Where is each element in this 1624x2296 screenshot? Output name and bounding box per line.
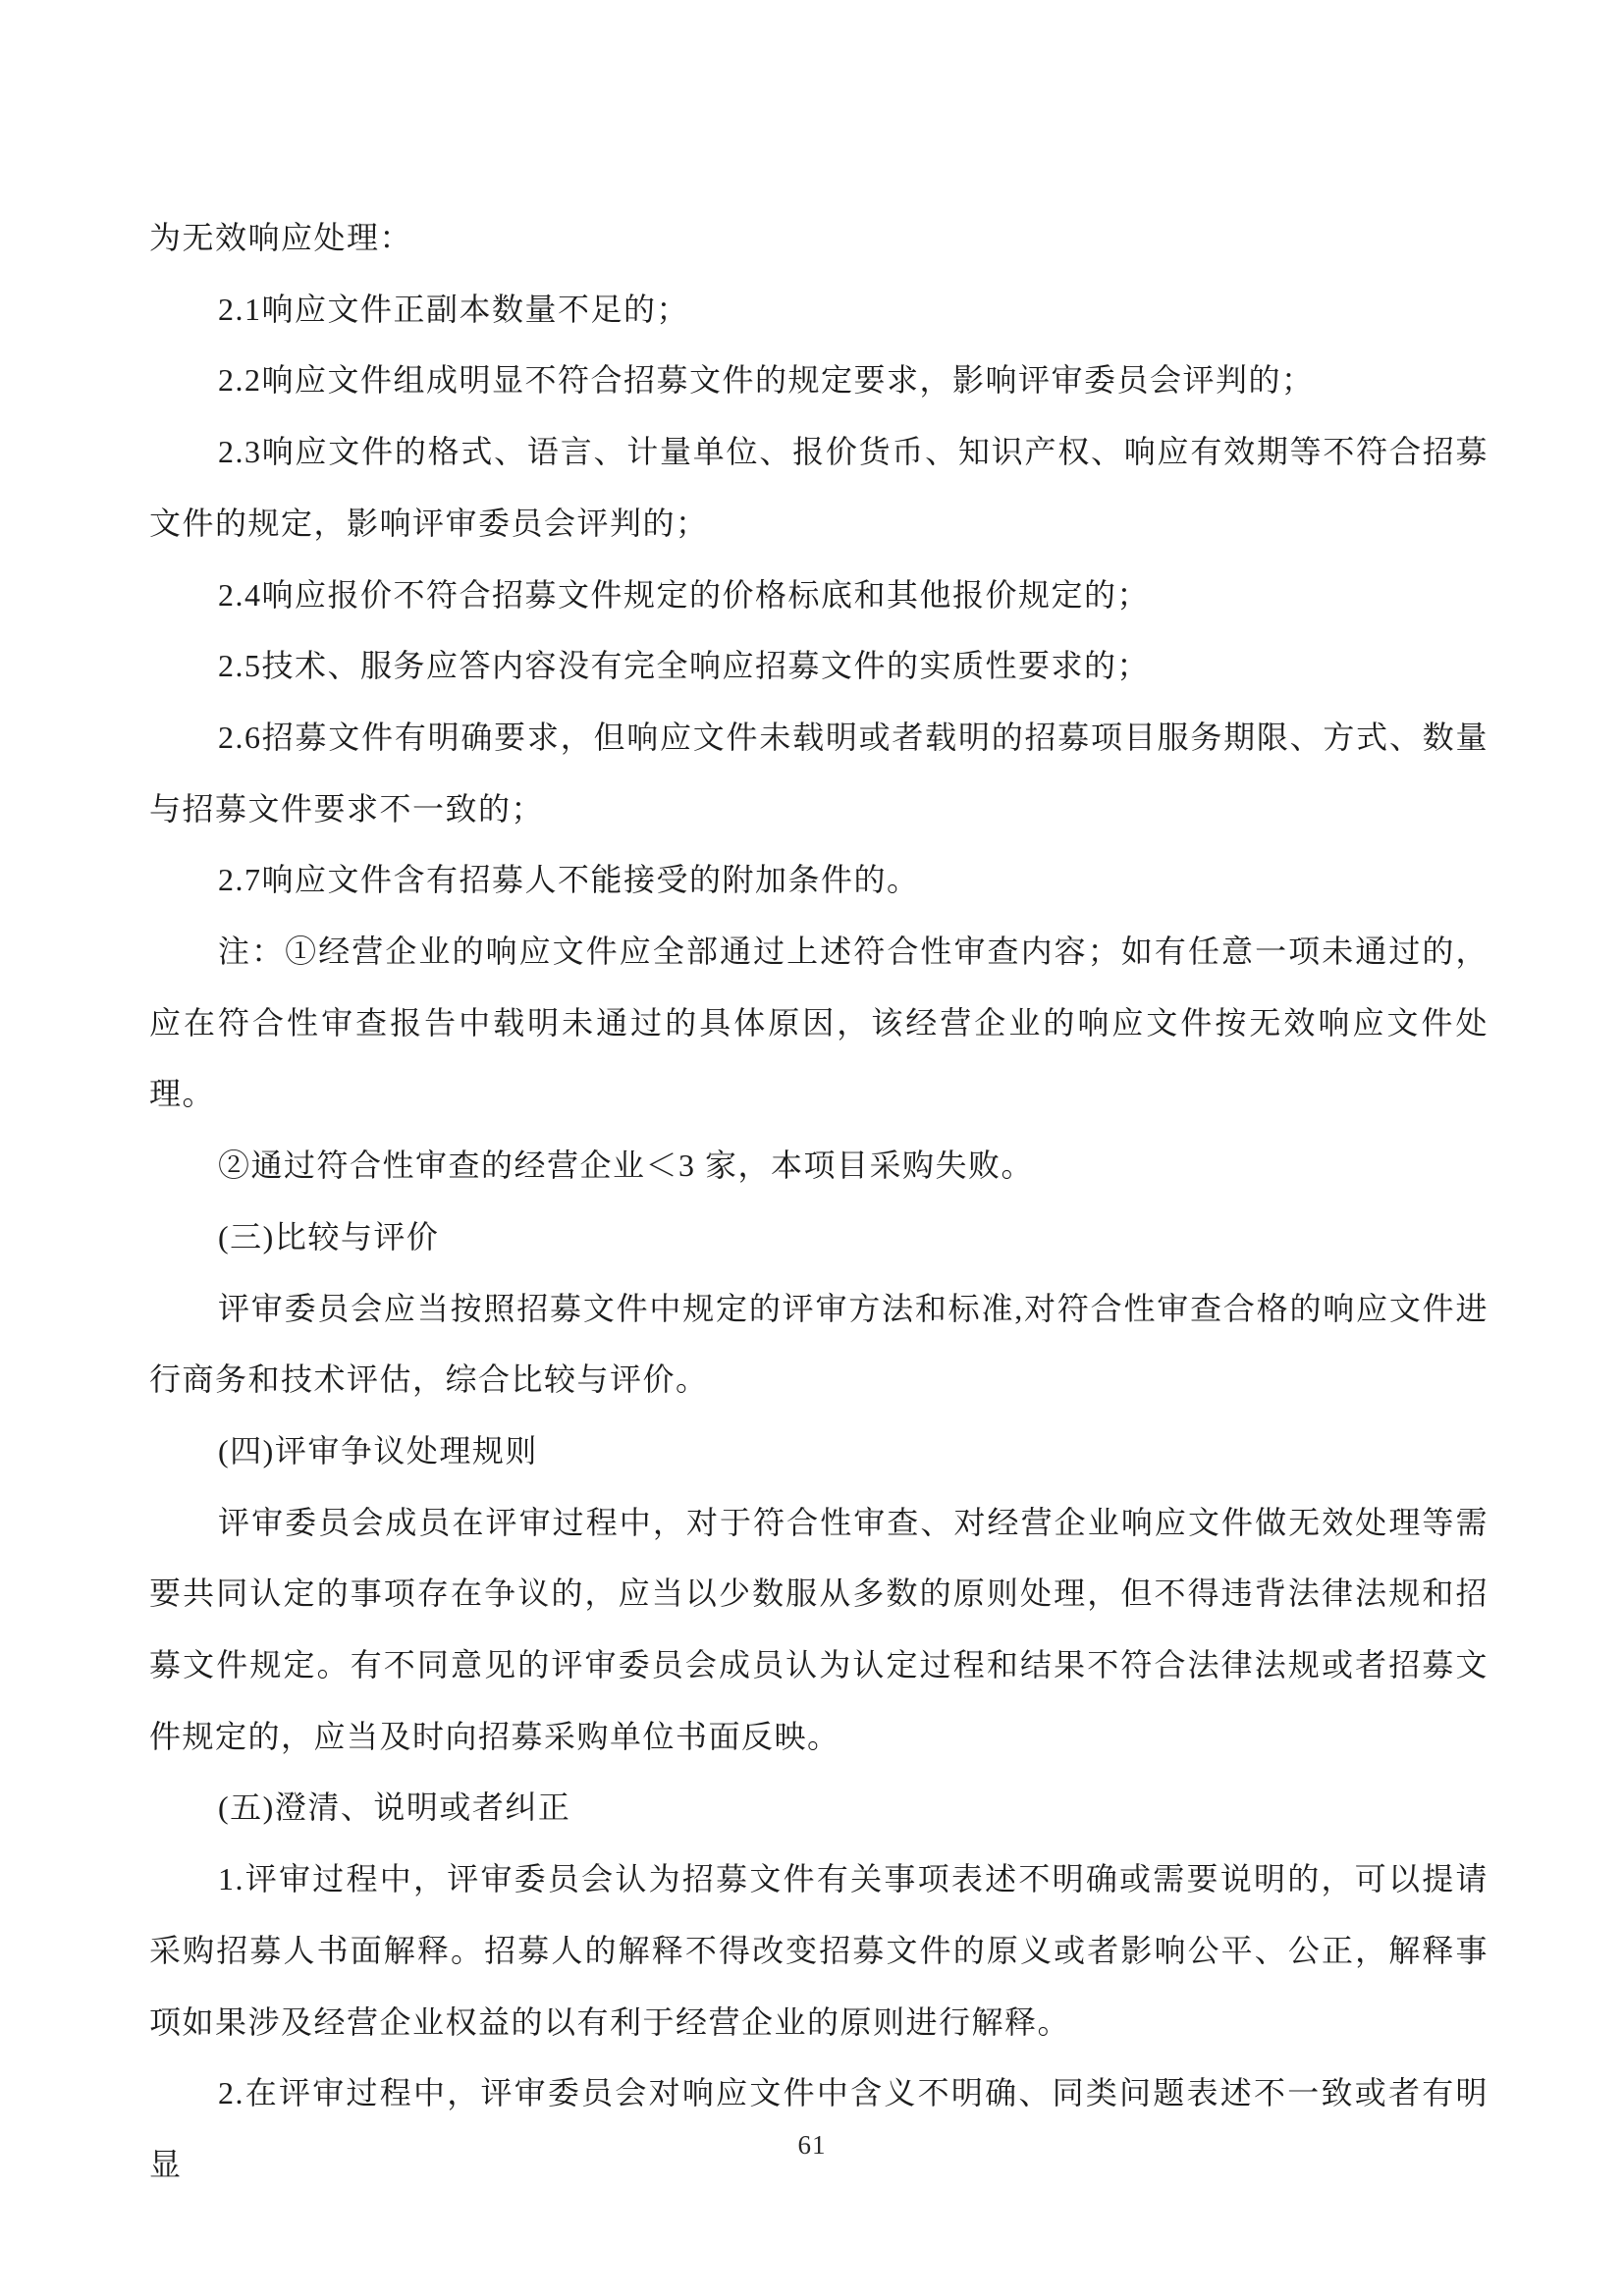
- paragraph: 2.3响应文件的格式、语言、计量单位、报价货币、知识产权、响应有效期等不符合招募…: [149, 416, 1489, 559]
- paragraph: 2.5技术、服务应答内容没有完全响应招募文件的实质性要求的；: [149, 630, 1489, 702]
- paragraph: 2.7响应文件含有招募人不能接受的附加条件的。: [149, 844, 1489, 916]
- paragraph: 评审委员会成员在评审过程中，对于符合性审查、对经营企业响应文件做无效处理等需要共…: [149, 1487, 1489, 1773]
- document-page: 为无效响应处理：2.1响应文件正副本数量不足的；2.2响应文件组成明显不符合招募…: [0, 0, 1624, 2296]
- page-footer: 61: [0, 2130, 1624, 2161]
- paragraph: 为无效响应处理：: [149, 202, 1489, 274]
- page-number: 61: [798, 2130, 827, 2160]
- paragraph: 2.4响应报价不符合招募文件规定的价格标底和其他报价规定的；: [149, 560, 1489, 631]
- paragraph: 1.评审过程中，评审委员会认为招募文件有关事项表述不明确或需要说明的，可以提请采…: [149, 1843, 1489, 2057]
- paragraph: (四)评审争议处理规则: [149, 1415, 1489, 1487]
- paragraph: (三)比较与评价: [149, 1201, 1489, 1273]
- paragraph: ②通过符合性审查的经营企业＜3 家，本项目采购失败。: [149, 1130, 1489, 1201]
- paragraph: 注：①经营企业的响应文件应全部通过上述符合性审查内容；如有任意一项未通过的，应在…: [149, 916, 1489, 1130]
- paragraph: 评审委员会应当按照招募文件中规定的评审方法和标准,对符合性审查合格的响应文件进行…: [149, 1273, 1489, 1415]
- paragraph: 2.1响应文件正副本数量不足的；: [149, 274, 1489, 346]
- document-body: 为无效响应处理：2.1响应文件正副本数量不足的；2.2响应文件组成明显不符合招募…: [149, 202, 1489, 2201]
- paragraph: 2.在评审过程中，评审委员会对响应文件中含义不明确、同类问题表述不一致或者有明显: [149, 2057, 1489, 2200]
- paragraph: (五)澄清、说明或者纠正: [149, 1772, 1489, 1843]
- paragraph: 2.2响应文件组成明显不符合招募文件的规定要求，影响评审委员会评判的；: [149, 345, 1489, 416]
- paragraph: 2.6招募文件有明确要求，但响应文件未载明或者载明的招募项目服务期限、方式、数量…: [149, 702, 1489, 844]
